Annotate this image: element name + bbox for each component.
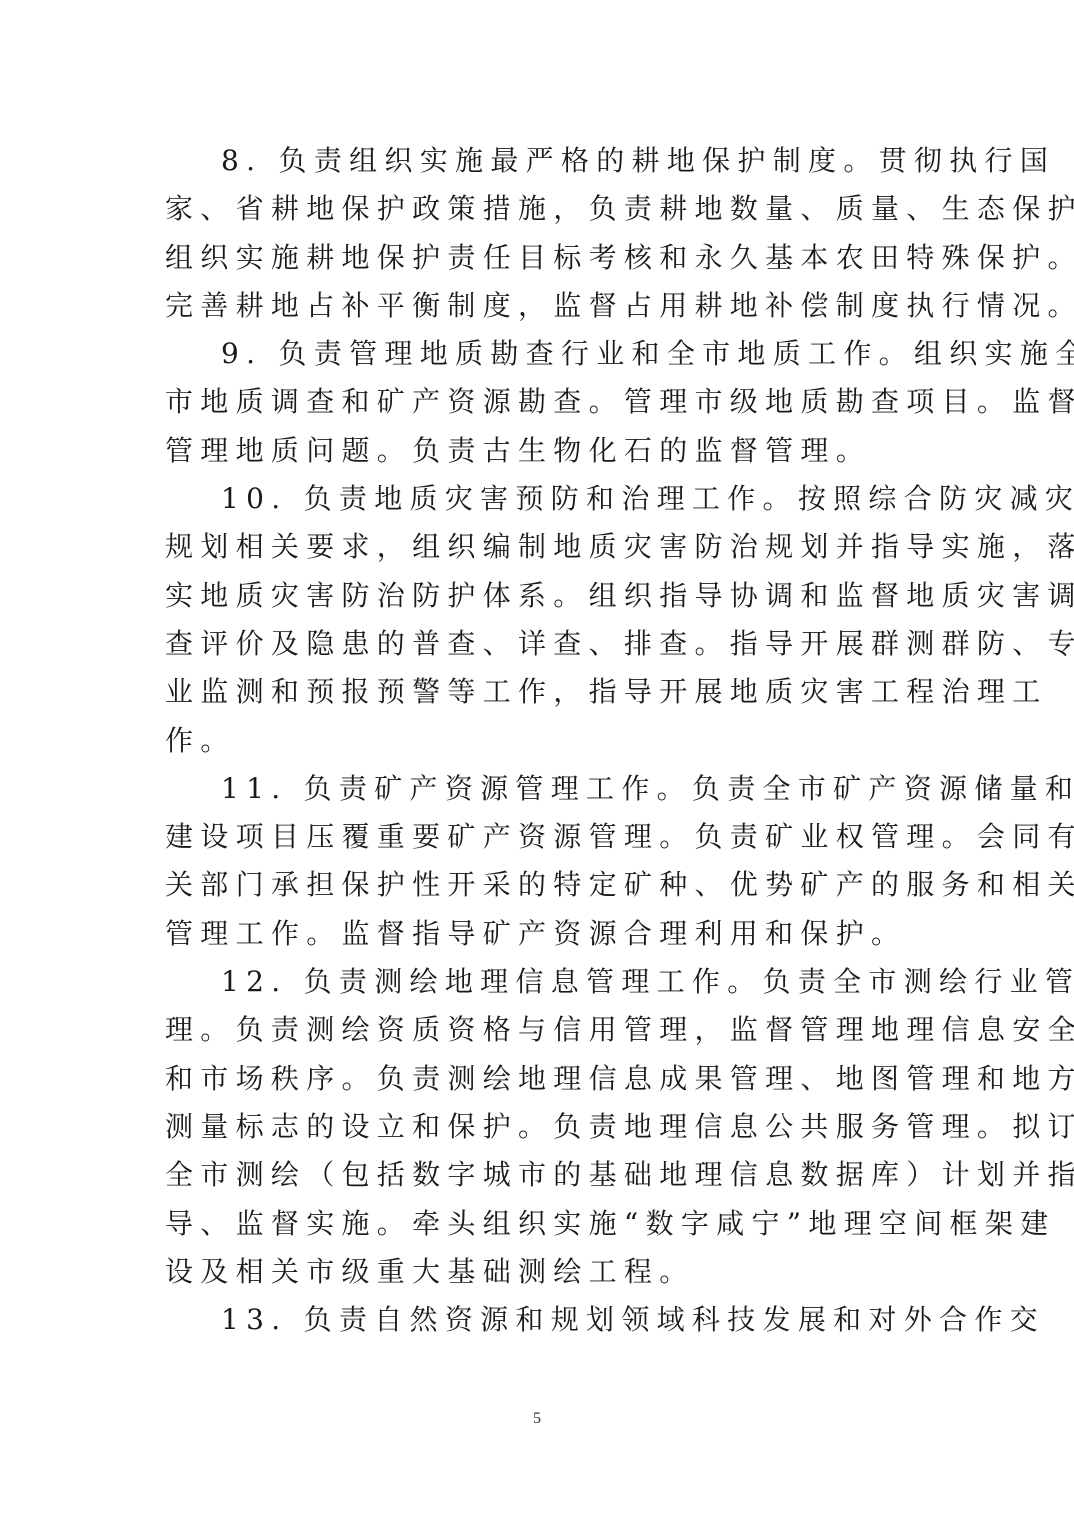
document-body: 8. 负责组织实施最严格的耕地保护制度。贯彻执行国 家、省耕地保护政策措施，负责… [165, 137, 915, 1344]
text-line: 查评价及隐患的普查、详查、排查。指导开展群测群防、专 [165, 620, 915, 668]
text-line: 组织实施耕地保护责任目标考核和永久基本农田特殊保护。 [165, 234, 915, 282]
paragraph-item-11: 11. 负责矿产资源管理工作。负责全市矿产资源储量和 建设项目压覆重要矿产资源管… [165, 765, 915, 958]
text-line: 理。负责测绘资质资格与信用管理，监督管理地理信息安全 [165, 1006, 915, 1054]
paragraph-item-12: 12. 负责测绘地理信息管理工作。负责全市测绘行业管 理。负责测绘资质资格与信用… [165, 958, 915, 1296]
paragraph-item-10: 10. 负责地质灾害预防和治理工作。按照综合防灾减灾 规划相关要求，组织编制地质… [165, 475, 915, 765]
paragraph-item-13: 13. 负责自然资源和规划领域科技发展和对外合作交 [165, 1296, 915, 1344]
text-line: 全市测绘（包括数字城市的基础地理信息数据库）计划并指 [165, 1151, 915, 1199]
text-line: 9. 负责管理地质勘查行业和全市地质工作。组织实施全 [165, 330, 915, 378]
text-line: 规划相关要求，组织编制地质灾害防治规划并指导实施，落 [165, 523, 915, 571]
text-line: 业监测和预报预警等工作，指导开展地质灾害工程治理工 [165, 668, 915, 716]
text-line: 10. 负责地质灾害预防和治理工作。按照综合防灾减灾 [165, 475, 915, 523]
text-line: 建设项目压覆重要矿产资源管理。负责矿业权管理。会同有 [165, 813, 915, 861]
text-line: 和市场秩序。负责测绘地理信息成果管理、地图管理和地方 [165, 1055, 915, 1103]
text-line: 8. 负责组织实施最严格的耕地保护制度。贯彻执行国 [165, 137, 915, 185]
text-line: 完善耕地占补平衡制度，监督占用耕地补偿制度执行情况。 [165, 282, 915, 330]
text-line: 市地质调查和矿产资源勘查。管理市级地质勘查项目。监督 [165, 378, 915, 426]
text-line: 导、监督实施。牵头组织实施“数字咸宁”地理空间框架建 [165, 1200, 915, 1248]
paragraph-item-9: 9. 负责管理地质勘查行业和全市地质工作。组织实施全 市地质调查和矿产资源勘查。… [165, 330, 915, 475]
text-line: 作。 [165, 717, 915, 765]
text-line: 关部门承担保护性开采的特定矿种、优势矿产的服务和相关 [165, 861, 915, 909]
page-number: 5 [0, 1410, 1074, 1428]
document-page: 8. 负责组织实施最严格的耕地保护制度。贯彻执行国 家、省耕地保护政策措施，负责… [0, 0, 1074, 1520]
paragraph-item-8: 8. 负责组织实施最严格的耕地保护制度。贯彻执行国 家、省耕地保护政策措施，负责… [165, 137, 915, 330]
text-line: 11. 负责矿产资源管理工作。负责全市矿产资源储量和 [165, 765, 915, 813]
text-line: 家、省耕地保护政策措施，负责耕地数量、质量、生态保护。 [165, 185, 915, 233]
text-line: 管理工作。监督指导矿产资源合理利用和保护。 [165, 910, 915, 958]
text-line: 12. 负责测绘地理信息管理工作。负责全市测绘行业管 [165, 958, 915, 1006]
text-line: 测量标志的设立和保护。负责地理信息公共服务管理。拟订 [165, 1103, 915, 1151]
text-line: 管理地质问题。负责古生物化石的监督管理。 [165, 427, 915, 475]
text-line: 设及相关市级重大基础测绘工程。 [165, 1248, 915, 1296]
text-line: 13. 负责自然资源和规划领域科技发展和对外合作交 [165, 1296, 915, 1344]
text-line: 实地质灾害防治防护体系。组织指导协调和监督地质灾害调 [165, 572, 915, 620]
